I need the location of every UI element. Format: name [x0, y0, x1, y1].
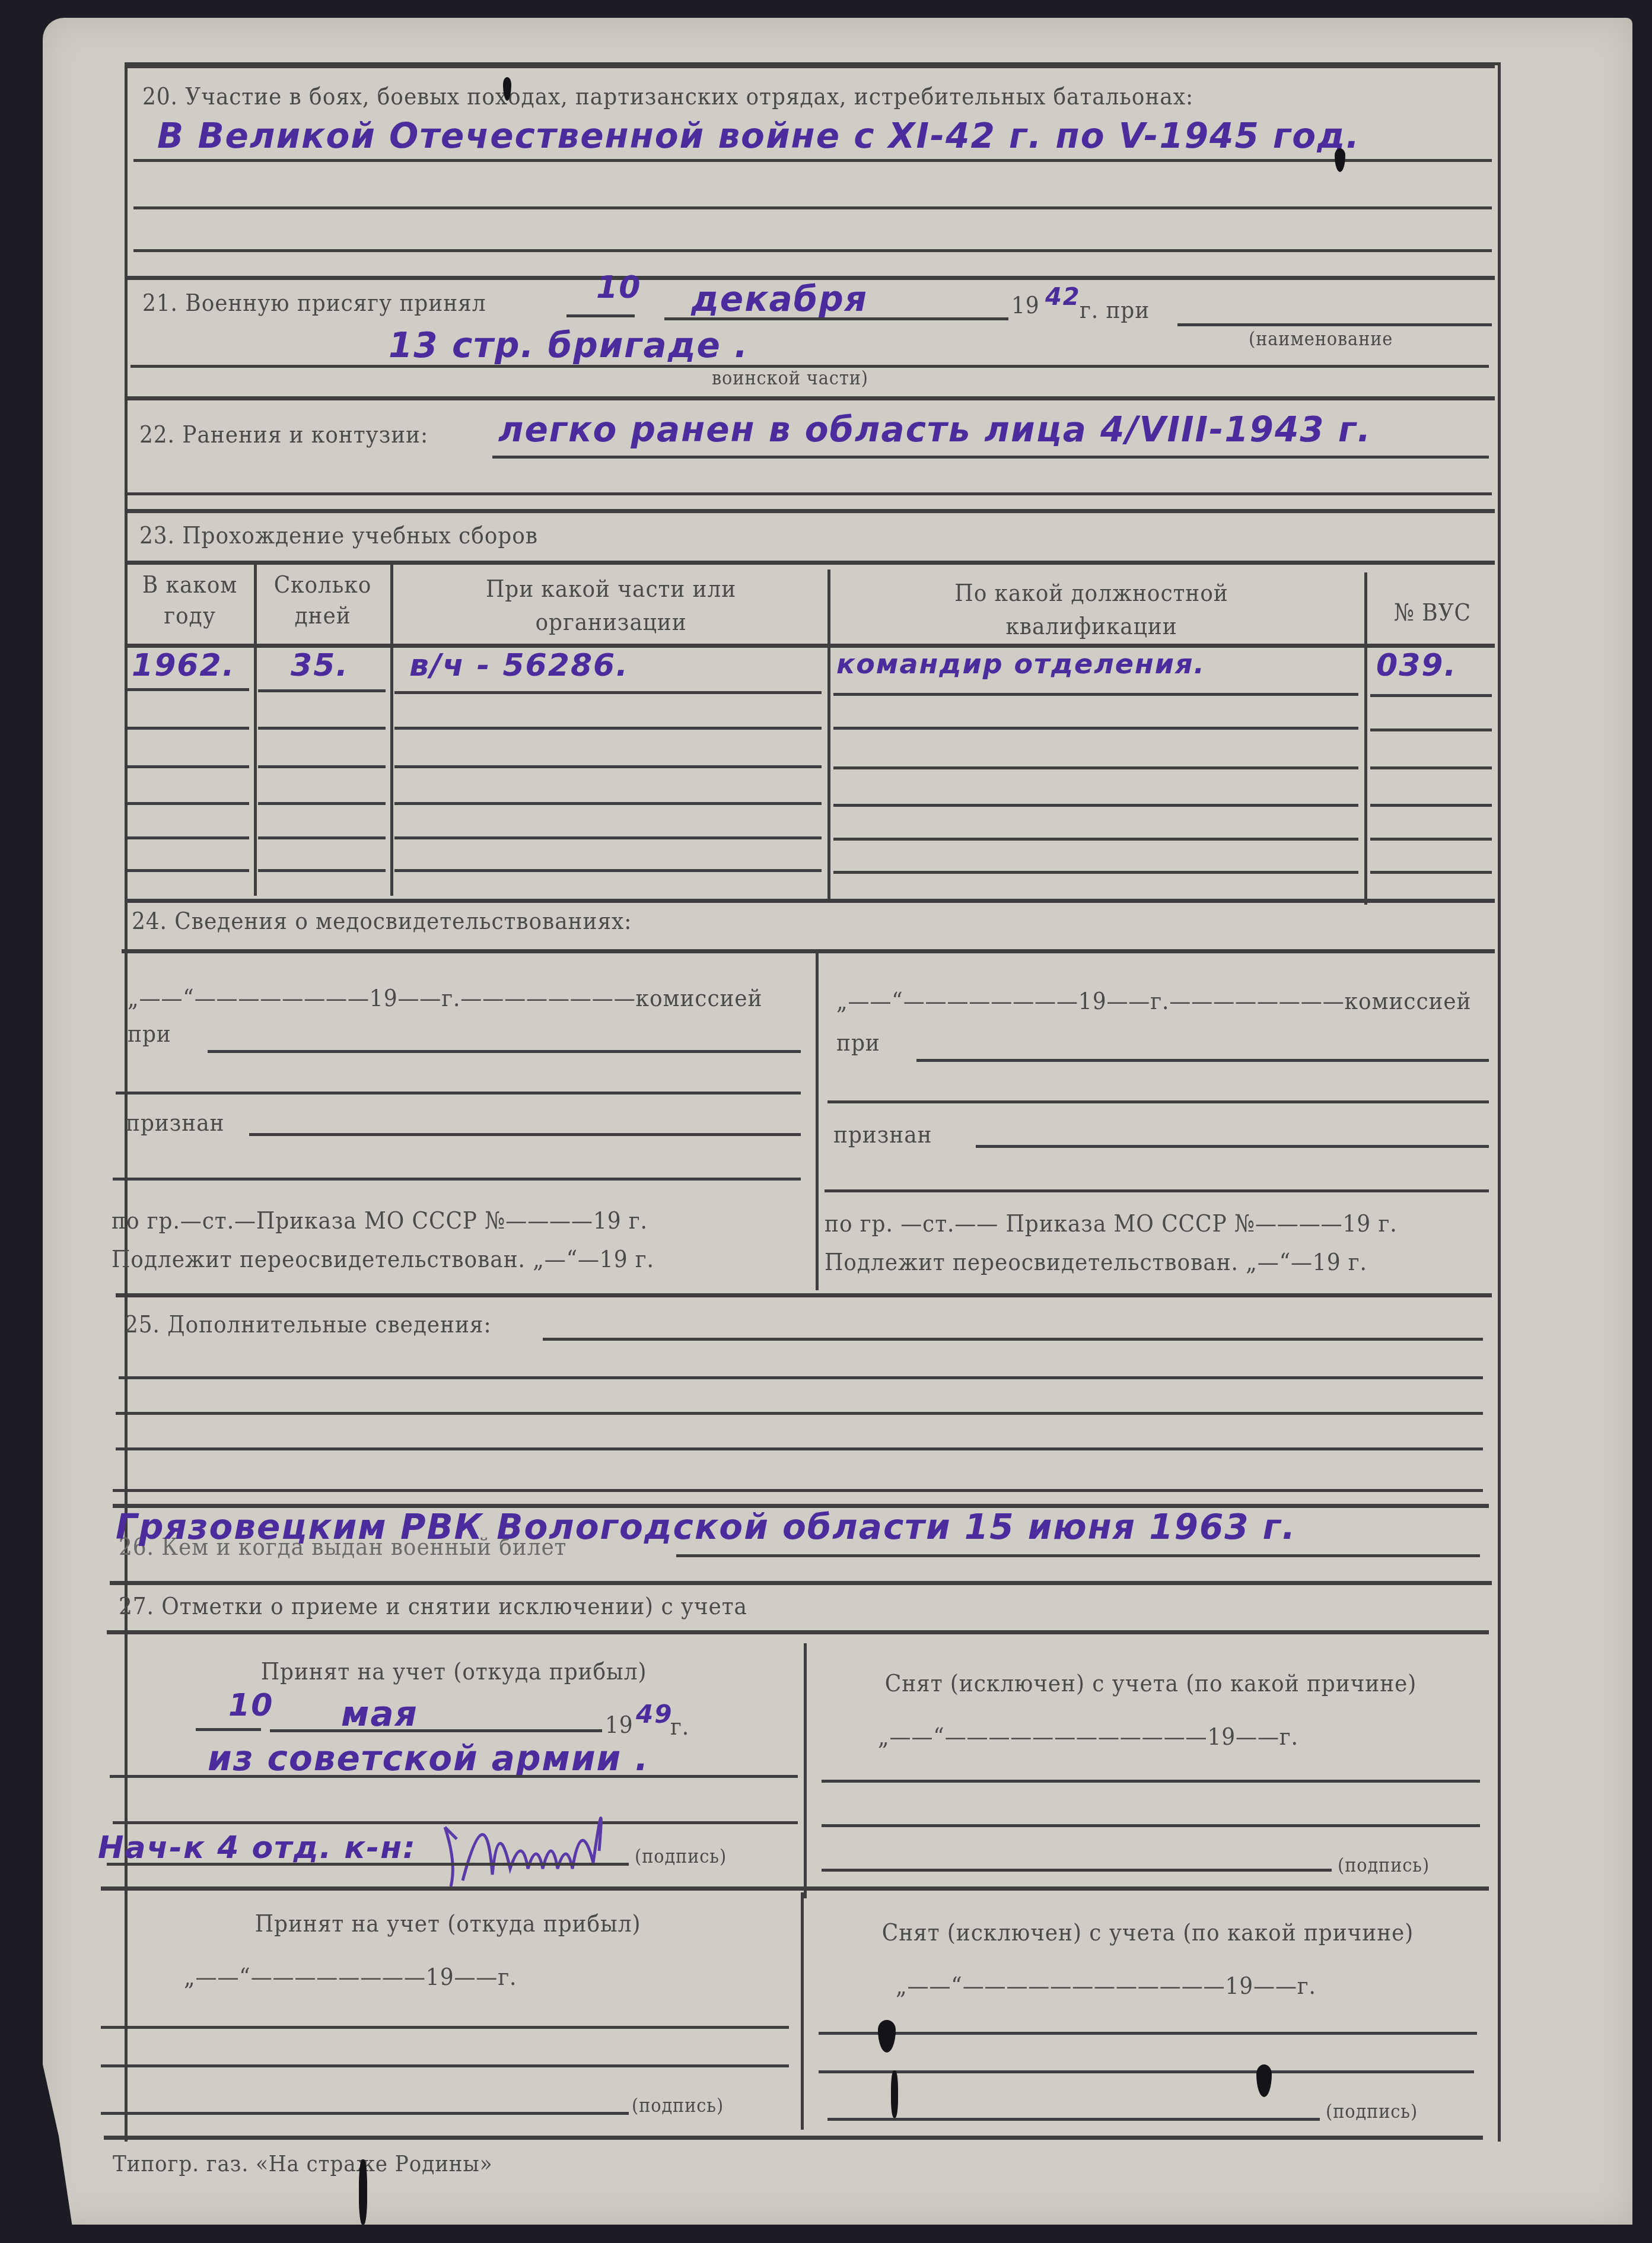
line [833, 871, 1358, 874]
line [128, 802, 249, 805]
s27-b1-right-date-line: „——“————————————19——г. [878, 1723, 1298, 1751]
col-divider [804, 1643, 807, 1898]
s24-left-priznan: признан [126, 1109, 224, 1137]
line [128, 688, 249, 691]
s23-label: 23. Прохождение учебных сборов [139, 522, 538, 549]
line [128, 836, 249, 839]
header-text: По какой должностной квалификации [954, 580, 1228, 640]
s24-left-podlezhit: Подлежит переосвидетельствован. „—“—19 г… [112, 1246, 654, 1273]
title-text: Принят на учет (откуда прибыл) [261, 1658, 647, 1685]
line [1370, 838, 1492, 841]
col-divider [827, 570, 830, 902]
rule [128, 561, 1495, 565]
line [833, 838, 1358, 841]
signature [439, 1780, 688, 1898]
s27-label: 27. Отметки о приеме и снятии исключении… [119, 1593, 747, 1620]
col-divider [801, 1892, 804, 2130]
line [822, 1780, 1480, 1783]
s23-row1-days: 35. [291, 648, 349, 683]
col-divider [816, 952, 819, 1290]
line [196, 1728, 261, 1731]
line [258, 836, 386, 839]
s21-year-suffix: 42 [1045, 284, 1081, 311]
s21-day: 10 [596, 270, 641, 306]
title-text: Принят на учет (откуда прибыл) [255, 1910, 641, 1937]
s27-b1-left-year-prefix: 19 [605, 1711, 634, 1739]
rule [128, 396, 1495, 400]
line [819, 2032, 1477, 2035]
line [270, 1729, 602, 1732]
s20-value: В Великой Отечественной войне с XI-42 г.… [157, 116, 1360, 156]
line [110, 1775, 798, 1778]
s21-label: 21. Военную присягу принял [142, 289, 486, 317]
line [258, 869, 386, 872]
line [543, 1338, 1483, 1341]
s27-b2-right-title: Снят (исключен) с учета (по какой причин… [843, 1919, 1452, 1946]
header-text: Сколько дней [274, 571, 372, 629]
rule [128, 509, 1495, 513]
paper-tear [891, 2070, 898, 2118]
s23-header-vus: № ВУС [1377, 599, 1489, 626]
line [825, 1189, 1489, 1192]
s27-b1-left-from: из советской армии . [208, 1738, 649, 1779]
line [822, 1869, 1332, 1872]
line [1177, 323, 1492, 326]
printer-imprint: Типогр. газ. «На страже Родины» [113, 2150, 492, 2177]
line [133, 249, 1492, 252]
line [394, 836, 822, 839]
s23-header-year: В каком году [134, 570, 246, 631]
s27-b2-left-date-line: „——“————————19——г. [184, 1964, 517, 1991]
header-text: В каком году [142, 571, 237, 629]
line [833, 727, 1358, 730]
header-text: № ВУС [1394, 599, 1471, 626]
line [822, 1824, 1480, 1827]
s20-label: 20. Участие в боях, боевых походах, парт… [142, 83, 1193, 110]
s27-b1-left-title: Принят на учет (откуда прибыл) [152, 1658, 756, 1685]
s23-header-days: Сколько дней [263, 570, 382, 631]
line [394, 727, 822, 730]
rule [128, 644, 1495, 648]
s24-label: 24. Сведения о медосвидетельствованиях: [132, 908, 632, 935]
s25-label: 25. Дополнительные сведения: [125, 1311, 491, 1338]
s27-b1-left-g: г. [670, 1713, 689, 1741]
col-divider [254, 564, 257, 896]
s23-row1-year: 1962. [132, 648, 235, 683]
s21-year-prefix: 19 [1011, 292, 1040, 319]
line [833, 693, 1358, 696]
s27-b1-right-title: Снят (исключен) с учета (по какой причин… [846, 1670, 1455, 1697]
s24-right-priznan: признан [833, 1121, 932, 1148]
line [1370, 871, 1492, 874]
rule [107, 1630, 1489, 1634]
s24-right-pri: при [836, 1029, 880, 1057]
line [101, 2112, 629, 2115]
line [1370, 766, 1492, 769]
s22-value: легко ранен в область лица 4/VIII-1943 г… [498, 409, 1371, 450]
s24-left-prikaz: по гр.—ст.—Приказа МО СССР №————19 г. [112, 1207, 648, 1235]
s27-b1-left-year-suffix: 49 [636, 1700, 673, 1729]
s21-hint-name: (наименование [1249, 327, 1393, 350]
rule [101, 1886, 1489, 1891]
s23-row1-unit: в/ч - 56286. [409, 648, 629, 683]
line [101, 2026, 789, 2029]
line [833, 804, 1358, 807]
rule [104, 2136, 1483, 2140]
line [566, 314, 635, 317]
s27-b1-left-signer: Нач-к 4 отд. к-н: [98, 1830, 416, 1866]
line [116, 1412, 1483, 1415]
line [116, 1092, 801, 1095]
line [833, 766, 1358, 769]
line [249, 1133, 801, 1136]
line [119, 1376, 1483, 1379]
line [1370, 728, 1492, 731]
line [819, 2070, 1474, 2073]
s27-b2-left-sign-hint: (подпись) [632, 2094, 724, 2117]
s27-b1-left-sign-hint: (подпись) [635, 1845, 727, 1867]
line [394, 802, 822, 805]
line [827, 1100, 1489, 1103]
line [101, 2064, 789, 2067]
s24-right-date-line: „——“————————19——г.————————комиссией [836, 988, 1471, 1015]
s23-header-qualification: По какой должностной квалификации [899, 577, 1284, 643]
title-text: Снят (исключен) с учета (по какой причин… [885, 1670, 1417, 1697]
line [1370, 694, 1492, 697]
rule [110, 1581, 1492, 1585]
s24-right-prikaz: по гр. —ст.—— Приказа МО СССР №————19 г. [825, 1210, 1398, 1237]
line [128, 727, 249, 730]
s23-row1-vus: 039. [1376, 648, 1457, 683]
line [107, 1863, 629, 1866]
s27-b1-left-day: 10 [228, 1688, 273, 1723]
line [1370, 804, 1492, 807]
line [116, 1447, 1483, 1450]
line [258, 727, 386, 730]
line [676, 1554, 1480, 1557]
line [664, 317, 1008, 320]
line [113, 1489, 1483, 1492]
s24-right-podlezhit: Подлежит переосвидетельствован. „—“—19 г… [825, 1249, 1367, 1276]
s27-b1-left-month: мая [341, 1694, 418, 1734]
rule [125, 899, 1495, 903]
s24-left-pri: при [128, 1020, 171, 1048]
paper-tear [359, 2159, 367, 2225]
line [133, 206, 1492, 209]
line [113, 1178, 801, 1181]
line [208, 1050, 801, 1053]
s21-hint-unit: воинской части) [712, 367, 868, 389]
title-text: Снят (исключен) с учета (по какой причин… [882, 1919, 1414, 1946]
rule [122, 949, 1495, 953]
line [394, 691, 822, 694]
s21-g-pri: г. при [1080, 297, 1150, 324]
line [394, 869, 822, 872]
rule [116, 1293, 1492, 1297]
s21-unit: 13 стр. бригаде . [389, 325, 749, 365]
line [916, 1059, 1489, 1062]
s23-row1-qualification: командир отделения. [836, 648, 1205, 680]
s27-b2-right-sign-hint: (подпись) [1326, 2100, 1418, 2123]
s23-header-unit: При какой части или организации [435, 572, 787, 639]
rule [128, 64, 1495, 68]
line [258, 765, 386, 768]
line [827, 2118, 1320, 2121]
s22-label: 22. Ранения и контузии: [139, 421, 428, 448]
line [128, 765, 249, 768]
s26-value: Грязовецким РВК Вологодской области 15 и… [116, 1507, 1296, 1547]
s27-b1-right-sign-hint: (подпись) [1338, 1854, 1430, 1876]
col-divider [390, 564, 393, 896]
s27-b2-left-title: Принят на учет (откуда прибыл) [141, 1910, 755, 1937]
line [258, 689, 386, 692]
s21-month: декабря [691, 279, 868, 319]
s27-b2-right-date-line: „——“————————————19——г. [896, 1972, 1316, 2000]
line [258, 802, 386, 805]
line [394, 765, 822, 768]
col-divider [1364, 572, 1367, 905]
line [976, 1145, 1489, 1148]
header-text: При какой части или организации [486, 575, 736, 636]
line [133, 159, 1492, 162]
line [128, 492, 1492, 495]
line [128, 869, 249, 872]
line [492, 456, 1489, 459]
s24-left-date-line: „——“————————19——г.————————комиссией [128, 985, 762, 1012]
